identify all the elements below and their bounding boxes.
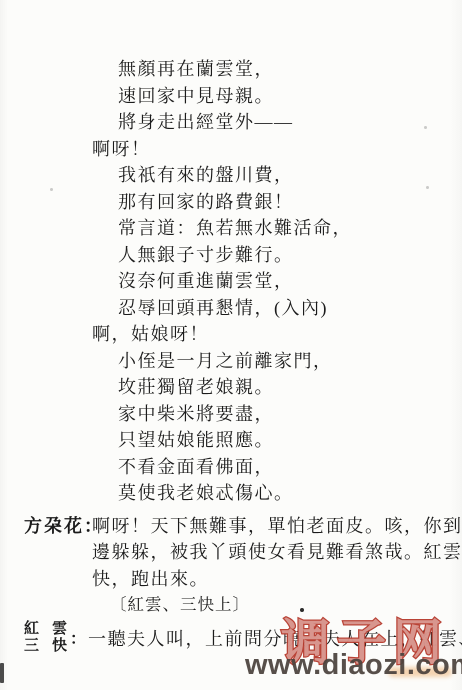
duet-speaker-char: 三 (24, 639, 39, 654)
verse-line: 人無銀子寸步難行。 (0, 242, 462, 269)
speech-line: 啊呀！天下無難事，單怕老面皮。咳，你到門角 (92, 513, 462, 540)
duet-speaker-label: 紅 雲 三 快 (24, 622, 67, 654)
verse-line: 常言道：魚若無水難活命， (0, 215, 462, 242)
scan-speck (50, 188, 53, 191)
speech-lines: 啊呀！天下無難事，單怕老面皮。咳，你到門角 邊躲躲，被我丫頭使女看見難看煞哉。紅… (92, 513, 462, 593)
speaker-block-fangduohua: 方朶花： 啊呀！天下無難事，單怕老面皮。咳，你到門角 邊躲躲，被我丫頭使女看見難… (0, 513, 462, 593)
verse-line: 將身走出經堂外—— (0, 109, 462, 136)
verse-line: 那有回家的路費銀！ (0, 189, 462, 216)
edge-ink-artifact (0, 663, 4, 683)
script-text-column: 無顏再在蘭雲堂， 速回家中見母親。 將身走出經堂外—— 啊呀！ 我祇有來的盤川費… (0, 0, 462, 654)
verse-line: 坆莊獨留老娘親。 (0, 374, 462, 401)
ink-dot-artifact (300, 608, 304, 612)
duet-speaker-colon: ： (70, 626, 86, 649)
speech-line: 快，跑出來。 (92, 566, 462, 593)
verse-line: 沒奈何重進蘭雲堂， (0, 268, 462, 295)
spoken-cue-line: 啊呀！ (0, 136, 462, 163)
speech-line: 邊躲躲，被我丫頭使女看見難看煞哉。紅雲、三 (92, 539, 462, 566)
spoken-cue-line: 啊，姑娘呀！ (0, 321, 462, 348)
verse-line: 我祇有來的盤川費， (0, 162, 462, 189)
verse-line: 速回家中見母親。 (0, 83, 462, 110)
verse-line: 忍辱回頭再懇情，(入內) (0, 295, 462, 322)
duet-speaker-char: 快 (52, 639, 67, 654)
watermark-url: www.diaozi.com (245, 649, 462, 682)
duet-speaker-char: 紅 (24, 622, 39, 637)
speaker-name: 方朶花： (24, 513, 92, 593)
verse-line: 莫使我老娘忒傷心。 (0, 480, 462, 507)
scanned-script-page: 無顏再在蘭雲堂， 速回家中見母親。 將身走出經堂外—— 啊呀！ 我祇有來的盤川費… (0, 0, 462, 690)
scan-speck (424, 126, 427, 129)
scan-speck (426, 186, 429, 189)
verse-line: 不看金面看佛面， (0, 454, 462, 481)
verse-line: 家中柴米將要盡， (0, 401, 462, 428)
duet-speaker-char: 雲 (52, 622, 67, 637)
verse-line: 無顏再在蘭雲堂， (0, 56, 462, 83)
verse-line: 小侄是一月之前離家門， (0, 348, 462, 375)
verse-line: 只望姑娘能照應。 (0, 427, 462, 454)
